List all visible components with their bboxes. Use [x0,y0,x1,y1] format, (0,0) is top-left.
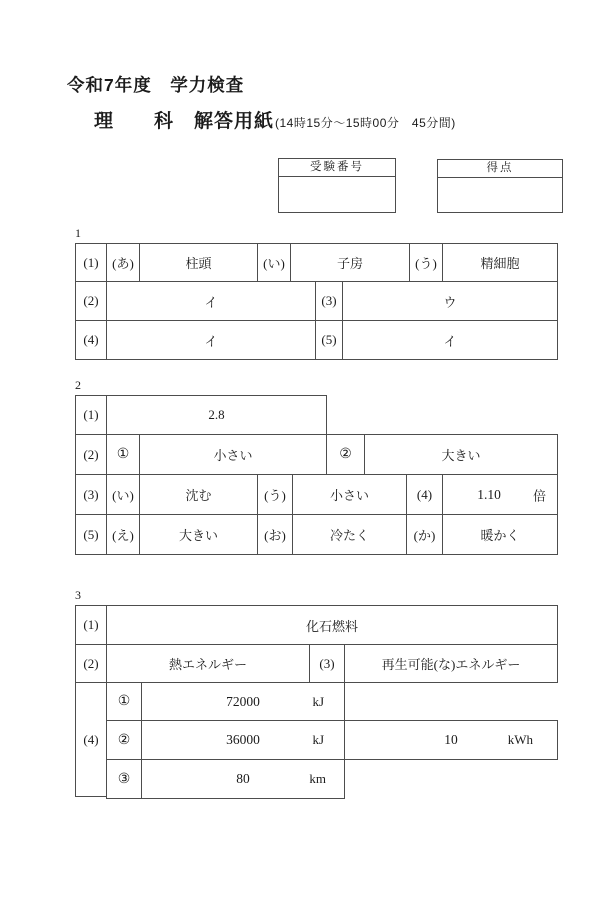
answer-cell: 柱頭 [139,243,258,282]
question-number: (2) [75,281,107,321]
unit-label: kJ [312,732,324,748]
table-row: ③ 80 km [106,759,558,799]
unit-label: kWh [508,732,533,748]
question-number: (4) [75,320,107,360]
table-row: (2) ① 小さい ② 大きい [75,434,558,475]
answer-cell: 大きい [364,434,558,475]
question-number: (2) [75,434,107,475]
sub-label: (う) [409,243,443,282]
table-row: (4) イ (5) イ [75,320,558,360]
answer-cell: 2.8 [106,395,327,435]
subject-title: 理 科 解答用紙 [94,106,274,133]
answer-cell: 10 kWh [344,720,558,760]
circled-number: ② [326,434,365,475]
sub-label: (い) [257,243,291,282]
table-row: (1) 化石燃料 [75,605,558,645]
question-number: (1) [75,243,107,282]
score-box: 得点 [437,159,563,213]
circled-number: ① [106,434,140,475]
table1-number: 1 [75,226,81,241]
answer-cell: 子房 [290,243,410,282]
exam-number-label: 受験番号 [279,159,395,177]
question-number: (3) [309,644,345,683]
question-number: (2) [75,644,107,683]
answer-cell: イ [106,281,316,321]
score-label: 得点 [438,160,562,178]
answer-cell: 暖かく [442,514,558,555]
answer-cell: イ [106,320,316,360]
answer-cell: 80 km [141,759,345,799]
sub-label: (あ) [106,243,140,282]
table3: (1) 化石燃料 (2) 熱エネルギー (3) 再生可能(な)エネルギー (4)… [75,605,558,799]
answer-cell: ウ [342,281,558,321]
table-row: (1) (あ) 柱頭 (い) 子房 (う) 精細胞 [75,243,558,282]
circled-number: ① [106,682,142,721]
answer-cell: 72000 kJ [141,682,345,721]
unit-label: kJ [312,694,324,710]
table3-number: 3 [75,588,81,603]
table-row: ② 36000 kJ 10 kWh [106,720,558,760]
sub-label: (お) [257,514,293,555]
question-number: (3) [315,281,343,321]
score-field[interactable] [438,178,562,213]
unit-label: 倍 [533,485,546,504]
circled-number: ③ [106,759,142,799]
table-row: (2) 熱エネルギー (3) 再生可能(な)エネルギー [75,644,558,683]
answer-cell: 冷たく [292,514,407,555]
answer-cell: 沈む [139,474,258,515]
exam-number-field[interactable] [279,177,395,213]
answer-cell: 熱エネルギー [106,644,310,683]
table2-number: 2 [75,378,81,393]
subject-line: 理 科 解答用紙(14時15分～15時00分 45分間) [94,106,456,133]
answer-cell: 化石燃料 [106,605,558,645]
answer-cell: 再生可能(な)エネルギー [344,644,558,683]
table-row: ① 72000 kJ [106,682,558,721]
table-row: (3) (い) 沈む (う) 小さい (4) 1.10 倍 [75,474,558,515]
sub-label: (い) [106,474,140,515]
answer-cell: 1.10 倍 [442,474,558,515]
question-number: (3) [75,474,107,515]
table-row: (5) (え) 大きい (お) 冷たく (か) 暖かく [75,514,558,555]
circled-number: ② [106,720,142,760]
sub-label: (え) [106,514,140,555]
question-number: (4) [75,682,107,797]
question-number: (1) [75,605,107,645]
table-row: (1) 2.8 [75,395,558,435]
question-number: (5) [75,514,107,555]
table2: (1) 2.8 (2) ① 小さい ② 大きい (3) (い) 沈む (う) 小… [75,395,558,555]
table-row: (2) イ (3) ウ [75,281,558,321]
answer-cell: 36000 kJ [141,720,345,760]
sub-label: (か) [406,514,443,555]
unit-label: km [309,771,326,787]
question-number: (1) [75,395,107,435]
sub-label: (う) [257,474,293,515]
answer-cell: 小さい [292,474,407,515]
page-title: 令和7年度 学力検査 [67,72,244,97]
time-note: (14時15分～15時00分 45分間) [275,114,456,131]
exam-number-box: 受験番号 [278,158,396,213]
answer-sheet-page: 令和7年度 学力検査 理 科 解答用紙(14時15分～15時00分 45分間) … [0,0,600,900]
answer-cell: イ [342,320,558,360]
question4-section: (4) ① 72000 kJ ② 36000 kJ 10 [75,682,558,799]
answer-cell: 大きい [139,514,258,555]
answer-cell: 小さい [139,434,327,475]
answer-cell: 精細胞 [442,243,558,282]
table1: (1) (あ) 柱頭 (い) 子房 (う) 精細胞 (2) イ (3) ウ (4… [75,243,558,360]
question-number: (5) [315,320,343,360]
question-number: (4) [406,474,443,515]
